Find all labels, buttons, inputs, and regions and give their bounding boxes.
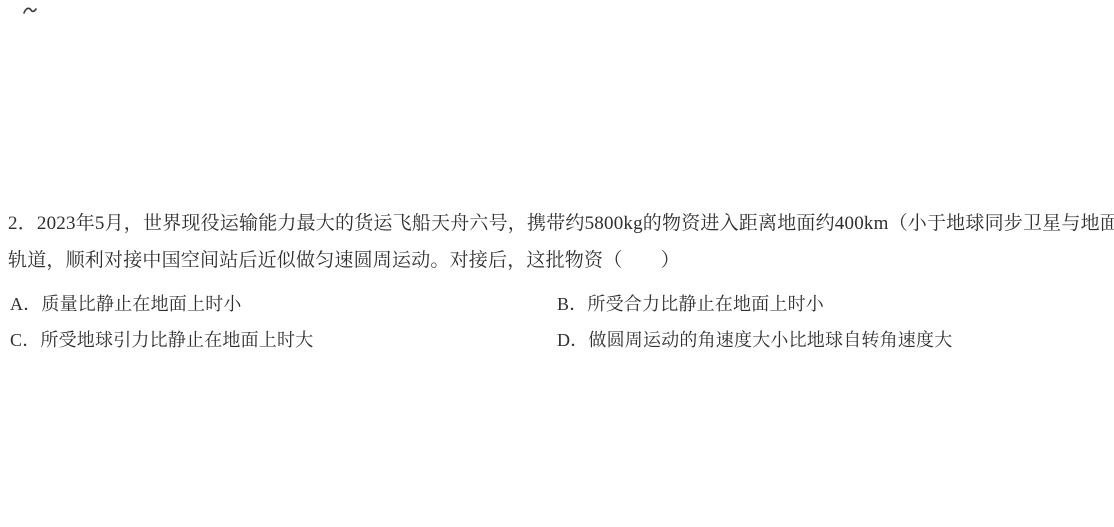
- option-c: C．所受地球引力比静止在地面上时大: [10, 326, 557, 352]
- question-stem-line-2: 轨道，顺利对接中国空间站后近似做匀速圆周运动。对接后，这批物资（ ）: [8, 242, 1108, 279]
- option-b: B．所受合力比静止在地面上时小: [557, 290, 1104, 316]
- option-a: A．质量比静止在地面上时小: [10, 290, 557, 316]
- stray-pen-mark-icon: [22, 4, 38, 16]
- question-stem-line-1: 2．2023年5月，世界现役运输能力最大的货运飞船天舟六号，携带约5800kg的…: [8, 205, 1108, 242]
- options-grid: A．质量比静止在地面上时小 B．所受合力比静止在地面上时小 C．所受地球引力比静…: [10, 285, 1104, 357]
- question-stem: 2．2023年5月，世界现役运输能力最大的货运飞船天舟六号，携带约5800kg的…: [8, 205, 1108, 279]
- option-d: D．做圆周运动的角速度大小比地球自转角速度大: [557, 326, 1104, 352]
